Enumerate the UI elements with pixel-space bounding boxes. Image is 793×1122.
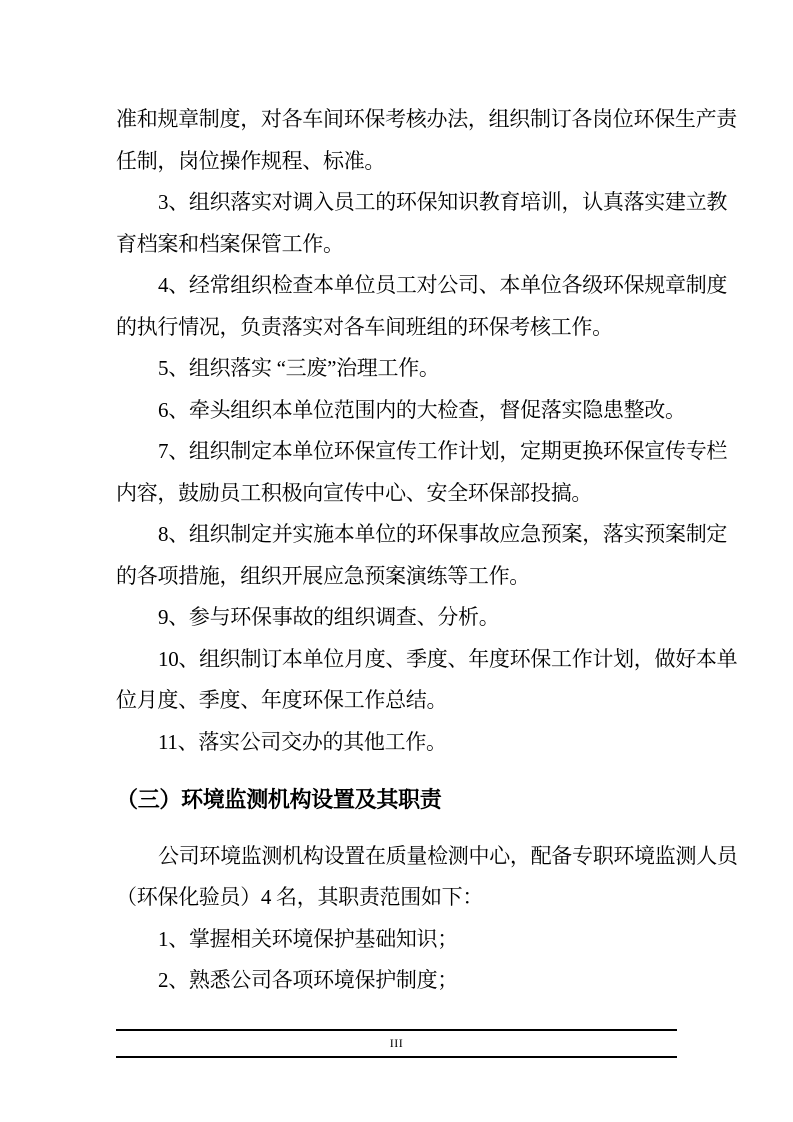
document-line: 任制，岗位操作规程、标准。 xyxy=(116,141,678,183)
section-heading: （三）环境监测机构设置及其职责 xyxy=(116,779,678,821)
document-line: 4、经常组织检查本单位员工对公司、本单位各级环保规章制度 xyxy=(116,265,678,307)
document-line: 3、组织落实对调入员工的环保知识教育培训，认真落实建立教 xyxy=(116,182,678,224)
document-line: 8、组织制定并实施本单位的环保事故应急预案，落实预案制定 xyxy=(116,514,678,556)
document-line: 育档案和档案保管工作。 xyxy=(116,224,678,266)
document-line: 的各项措施，组织开展应急预案演练等工作。 xyxy=(116,556,678,598)
document-line: 5、组织落实 “三废”治理工作。 xyxy=(116,348,678,390)
document-line: 位月度、季度、年度环保工作总结。 xyxy=(116,680,678,722)
document-line: 7、组织制定本单位环保宣传工作计划，定期更换环保宣传专栏 xyxy=(116,431,678,473)
document-body: 准和规章制度，对各车间环保考核办法，组织制订各岗位环保生产责任制，岗位操作规程、… xyxy=(116,99,678,1002)
document-line: 2、熟悉公司各项环境保护制度； xyxy=(116,960,678,1002)
document-line: 公司环境监测机构设置在质量检测中心，配备专职环境监测人员 xyxy=(116,836,678,878)
document-line: （环保化验员）4 名，其职责范围如下： xyxy=(116,877,678,919)
document-line: 10、组织制订本单位月度、季度、年度环保工作计划，做好本单 xyxy=(116,639,678,681)
document-page: 准和规章制度，对各车间环保考核办法，组织制订各岗位环保生产责任制，岗位操作规程、… xyxy=(0,0,793,1122)
document-line: 11、落实公司交办的其他工作。 xyxy=(116,722,678,764)
page-footer: III xyxy=(116,1029,677,1058)
document-line: 1、掌握相关环境保护基础知识； xyxy=(116,919,678,961)
document-line: 的执行情况，负责落实对各车间班组的环保考核工作。 xyxy=(116,307,678,349)
document-line: 内容，鼓励员工积极向宣传中心、安全环保部投搞。 xyxy=(116,473,678,515)
document-line: 6、牵头组织本单位范围内的大检查，督促落实隐患整改。 xyxy=(116,390,678,432)
page-number: III xyxy=(116,1031,677,1056)
document-line: 准和规章制度，对各车间环保考核办法，组织制订各岗位环保生产责 xyxy=(116,99,678,141)
document-line: 9、参与环保事故的组织调查、分析。 xyxy=(116,597,678,639)
